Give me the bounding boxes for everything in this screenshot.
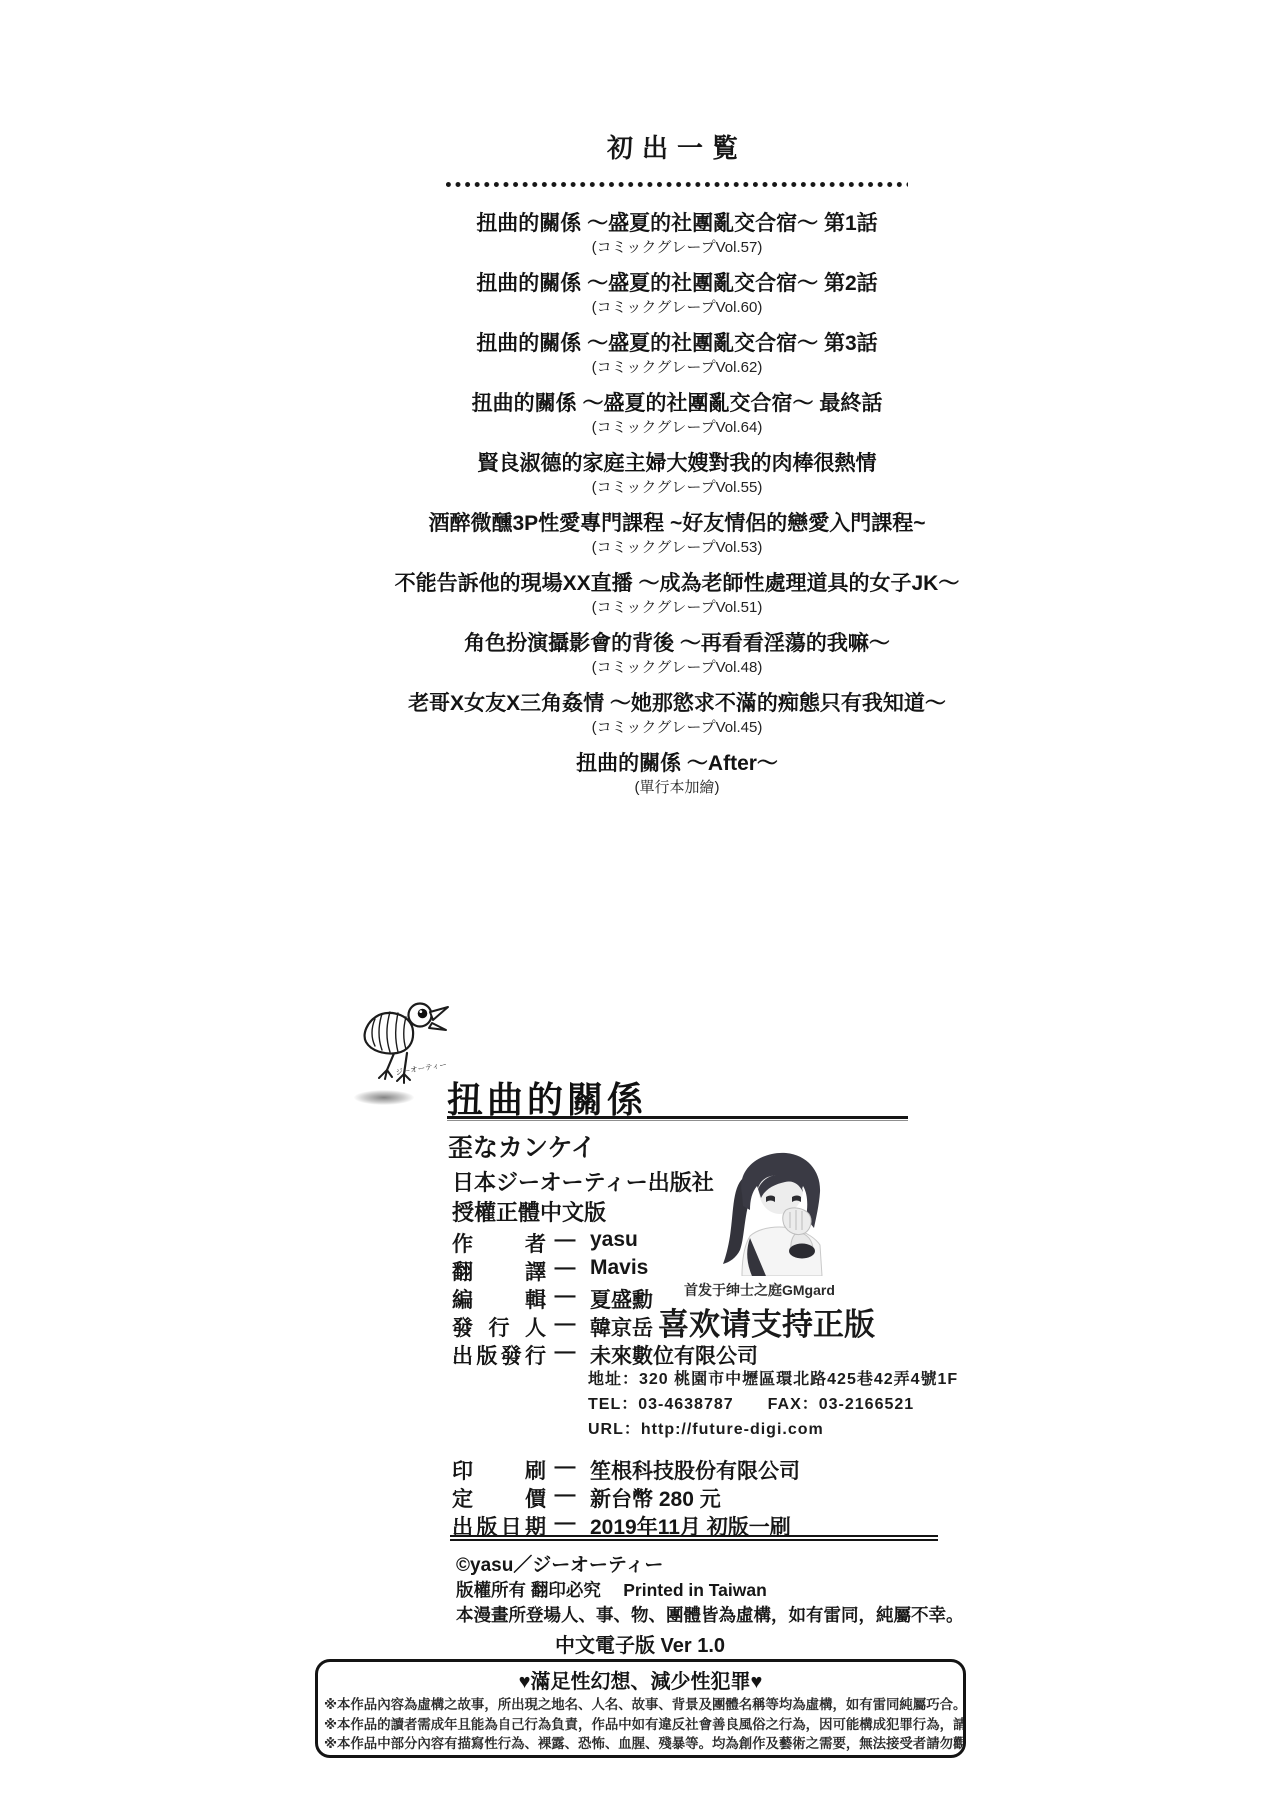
- watermark-small-text: 首发于绅士之庭GMgard: [684, 1280, 835, 1300]
- credit-label: 翻 譯: [452, 1256, 546, 1286]
- publisher-address: 地址：320 桃園市中壢區環北路425巷42弄4號1F: [588, 1366, 958, 1389]
- dotted-divider: [446, 182, 908, 187]
- first-publication-list: 初出一覧 扭曲的關係 ～盛夏的社團亂交合宿～ 第1話 (コミックグレープVol.…: [37, 128, 1280, 810]
- credit-label: 作 者: [452, 1228, 546, 1258]
- chapter-source: (コミックグレープVol.45): [37, 718, 1280, 738]
- chapter-source: (コミックグレープVol.51): [37, 598, 1280, 618]
- chapter-title: 老哥X女友X三角姦情 ～她那慾求不滿的痴態只有我知道～: [37, 690, 1280, 718]
- credit-row-issuer: 發 行 人—韓京岳: [452, 1312, 653, 1342]
- list-item: 不能告訴他的現場XX直播 ～成為老師性處理道具的女子JK～ (コミックグレープV…: [37, 570, 1280, 618]
- chapter-source: (コミックグレープVol.57): [37, 238, 1280, 258]
- chapter-title: 扭曲的關係 ～盛夏的社團亂交合宿～ 第3話: [37, 330, 1280, 358]
- credit-value: 韓京岳: [590, 1312, 653, 1342]
- credit-label: 出版發行: [452, 1340, 546, 1370]
- chapter-source: (コミックグレープVol.64): [37, 418, 1280, 438]
- chapter-source: (コミックグレープVol.60): [37, 298, 1280, 318]
- credit-dash: —: [552, 1312, 578, 1336]
- license-publisher: 日本ジーオーティー出版社: [452, 1166, 714, 1197]
- credit-value: 新台幣 280 元: [590, 1483, 721, 1513]
- colophon-page: 初出一覧 扭曲的關係 ～盛夏的社團亂交合宿～ 第1話 (コミックグレープVol.…: [0, 0, 1280, 1796]
- watermark-big-text: 喜欢请支持正版: [658, 1299, 875, 1344]
- credit-label: 編 輯: [452, 1284, 546, 1314]
- list-item: 酒醉微醺3P性愛專門課程 ~好友情侶的戀愛入門課程~ (コミックグレープVol.…: [37, 510, 1280, 558]
- credit-row-editor: 編 輯—夏盛勳: [452, 1284, 653, 1314]
- chapter-title: 扭曲的關係 ～盛夏的社團亂交合宿～ 第1話: [37, 210, 1280, 238]
- disclaimer-note: ※本作品內容為虛構之故事，所出現之地名、人名、故事、背景及團體名稱等均為虛構，如…: [318, 1695, 963, 1715]
- list-item: 扭曲的關係 ～盛夏的社團亂交合宿～ 最終話 (コミックグレープVol.64): [37, 390, 1280, 438]
- first-publication-heading: 初出一覧: [37, 128, 1280, 165]
- chapter-title: 賢良淑德的家庭主婦大嫂對我的肉棒很熱情: [37, 450, 1280, 478]
- disclaimer-note: ※本作品中部分內容有描寫性行為、裸露、恐怖、血腥、殘暴等。均為創作及藝術之需要，…: [318, 1734, 963, 1754]
- disclaimer-slogan: ♥滿足性幻想、減少性犯罪♥: [318, 1665, 963, 1694]
- credit-label: 印 刷: [452, 1455, 546, 1485]
- list-item: 扭曲的關係 ～盛夏的社團亂交合宿～ 第3話 (コミックグレープVol.62): [37, 330, 1280, 378]
- rights-line: 版權所有 翻印必究 Printed in Taiwan: [456, 1577, 767, 1602]
- copyright-line: ©yasu／ジーオーティー: [456, 1550, 663, 1577]
- publisher-url: URL：http://future-digi.com: [588, 1416, 824, 1439]
- chapter-title: 角色扮演攝影會的背後 ～再看看淫蕩的我嘛～: [37, 630, 1280, 658]
- credit-value: 笙根科技股份有限公司: [590, 1455, 800, 1485]
- credit-row-price: 定 價—新台幣 280 元: [452, 1483, 721, 1513]
- credit-value: 夏盛勳: [590, 1284, 653, 1314]
- disclaimer-note: ※本作品的讀者需成年且能為自己行為負責，作品中如有違反社會善良風俗之行為，因可能…: [318, 1715, 963, 1735]
- credit-row-translator: 翻 譯—Mavis: [452, 1256, 648, 1286]
- title-rule: [447, 1116, 908, 1121]
- logo-shadow: [354, 1090, 414, 1105]
- list-item: 扭曲的關係 ～After～ (單行本加繪): [37, 750, 1280, 798]
- publisher-phone-fax: TEL：03-4638787 FAX：03-2166521: [588, 1391, 914, 1414]
- chapter-title: 扭曲的關係 ～After～: [37, 750, 1280, 778]
- list-item: 賢良淑德的家庭主婦大嫂對我的肉棒很熱情 (コミックグレープVol.55): [37, 450, 1280, 498]
- credit-dash: —: [552, 1256, 578, 1280]
- promo-girl-illustration: [716, 1148, 834, 1276]
- credit-label: 發 行 人: [452, 1312, 546, 1342]
- book-title-japanese: 歪なカンケイ: [448, 1128, 596, 1164]
- double-divider: [450, 1535, 938, 1541]
- credit-dash: —: [552, 1340, 578, 1364]
- credit-dash: —: [552, 1511, 578, 1535]
- credit-label: 定 價: [452, 1483, 546, 1513]
- fiction-disclaimer-line: 本漫畫所登場人、事、物、團體皆為虛構，如有雷同，純屬不幸。: [456, 1602, 964, 1627]
- got-bird-logo-icon: ジーオーティー: [350, 998, 454, 1092]
- license-edition: 授權正體中文版: [452, 1196, 606, 1227]
- list-item: 扭曲的關係 ～盛夏的社團亂交合宿～ 第2話 (コミックグレープVol.60): [37, 270, 1280, 318]
- credit-dash: —: [552, 1483, 578, 1507]
- logo-label-in-svg: ジーオーティー: [395, 1060, 448, 1077]
- credit-row-printer: 印 刷—笙根科技股份有限公司: [452, 1455, 800, 1485]
- chapter-title: 扭曲的關係 ～盛夏的社團亂交合宿～ 第2話: [37, 270, 1280, 298]
- credit-value: Mavis: [590, 1256, 648, 1280]
- credit-dash: —: [552, 1284, 578, 1308]
- credit-dash: —: [552, 1228, 578, 1252]
- credit-row-author: 作 者—yasu: [452, 1228, 638, 1258]
- chapter-source: (コミックグレープVol.48): [37, 658, 1280, 678]
- chapter-source: (コミックグレープVol.62): [37, 358, 1280, 378]
- list-item: 扭曲的關係 ～盛夏的社團亂交合宿～ 第1話 (コミックグレープVol.57): [37, 210, 1280, 258]
- chapter-source: (コミックグレープVol.53): [37, 538, 1280, 558]
- chapter-title: 扭曲的關係 ～盛夏的社團亂交合宿～ 最終話: [37, 390, 1280, 418]
- credit-value: yasu: [590, 1228, 638, 1252]
- chapter-title: 不能告訴他的現場XX直播 ～成為老師性處理道具的女子JK～: [37, 570, 1280, 598]
- chapter-source: (コミックグレープVol.55): [37, 478, 1280, 498]
- digital-version-line: 中文電子版 Ver 1.0: [0, 1629, 1280, 1658]
- credit-dash: —: [552, 1455, 578, 1479]
- chapter-title: 酒醉微醺3P性愛專門課程 ~好友情侶的戀愛入門課程~: [37, 510, 1280, 538]
- list-item: 老哥X女友X三角姦情 ～她那慾求不滿的痴態只有我知道～ (コミックグレープVol…: [37, 690, 1280, 738]
- disclaimer-box: ♥滿足性幻想、減少性犯罪♥ ※本作品內容為虛構之故事，所出現之地名、人名、故事、…: [315, 1659, 966, 1758]
- chapter-source: (單行本加繪): [37, 778, 1280, 798]
- list-item: 角色扮演攝影會的背後 ～再看看淫蕩的我嘛～ (コミックグレープVol.48): [37, 630, 1280, 678]
